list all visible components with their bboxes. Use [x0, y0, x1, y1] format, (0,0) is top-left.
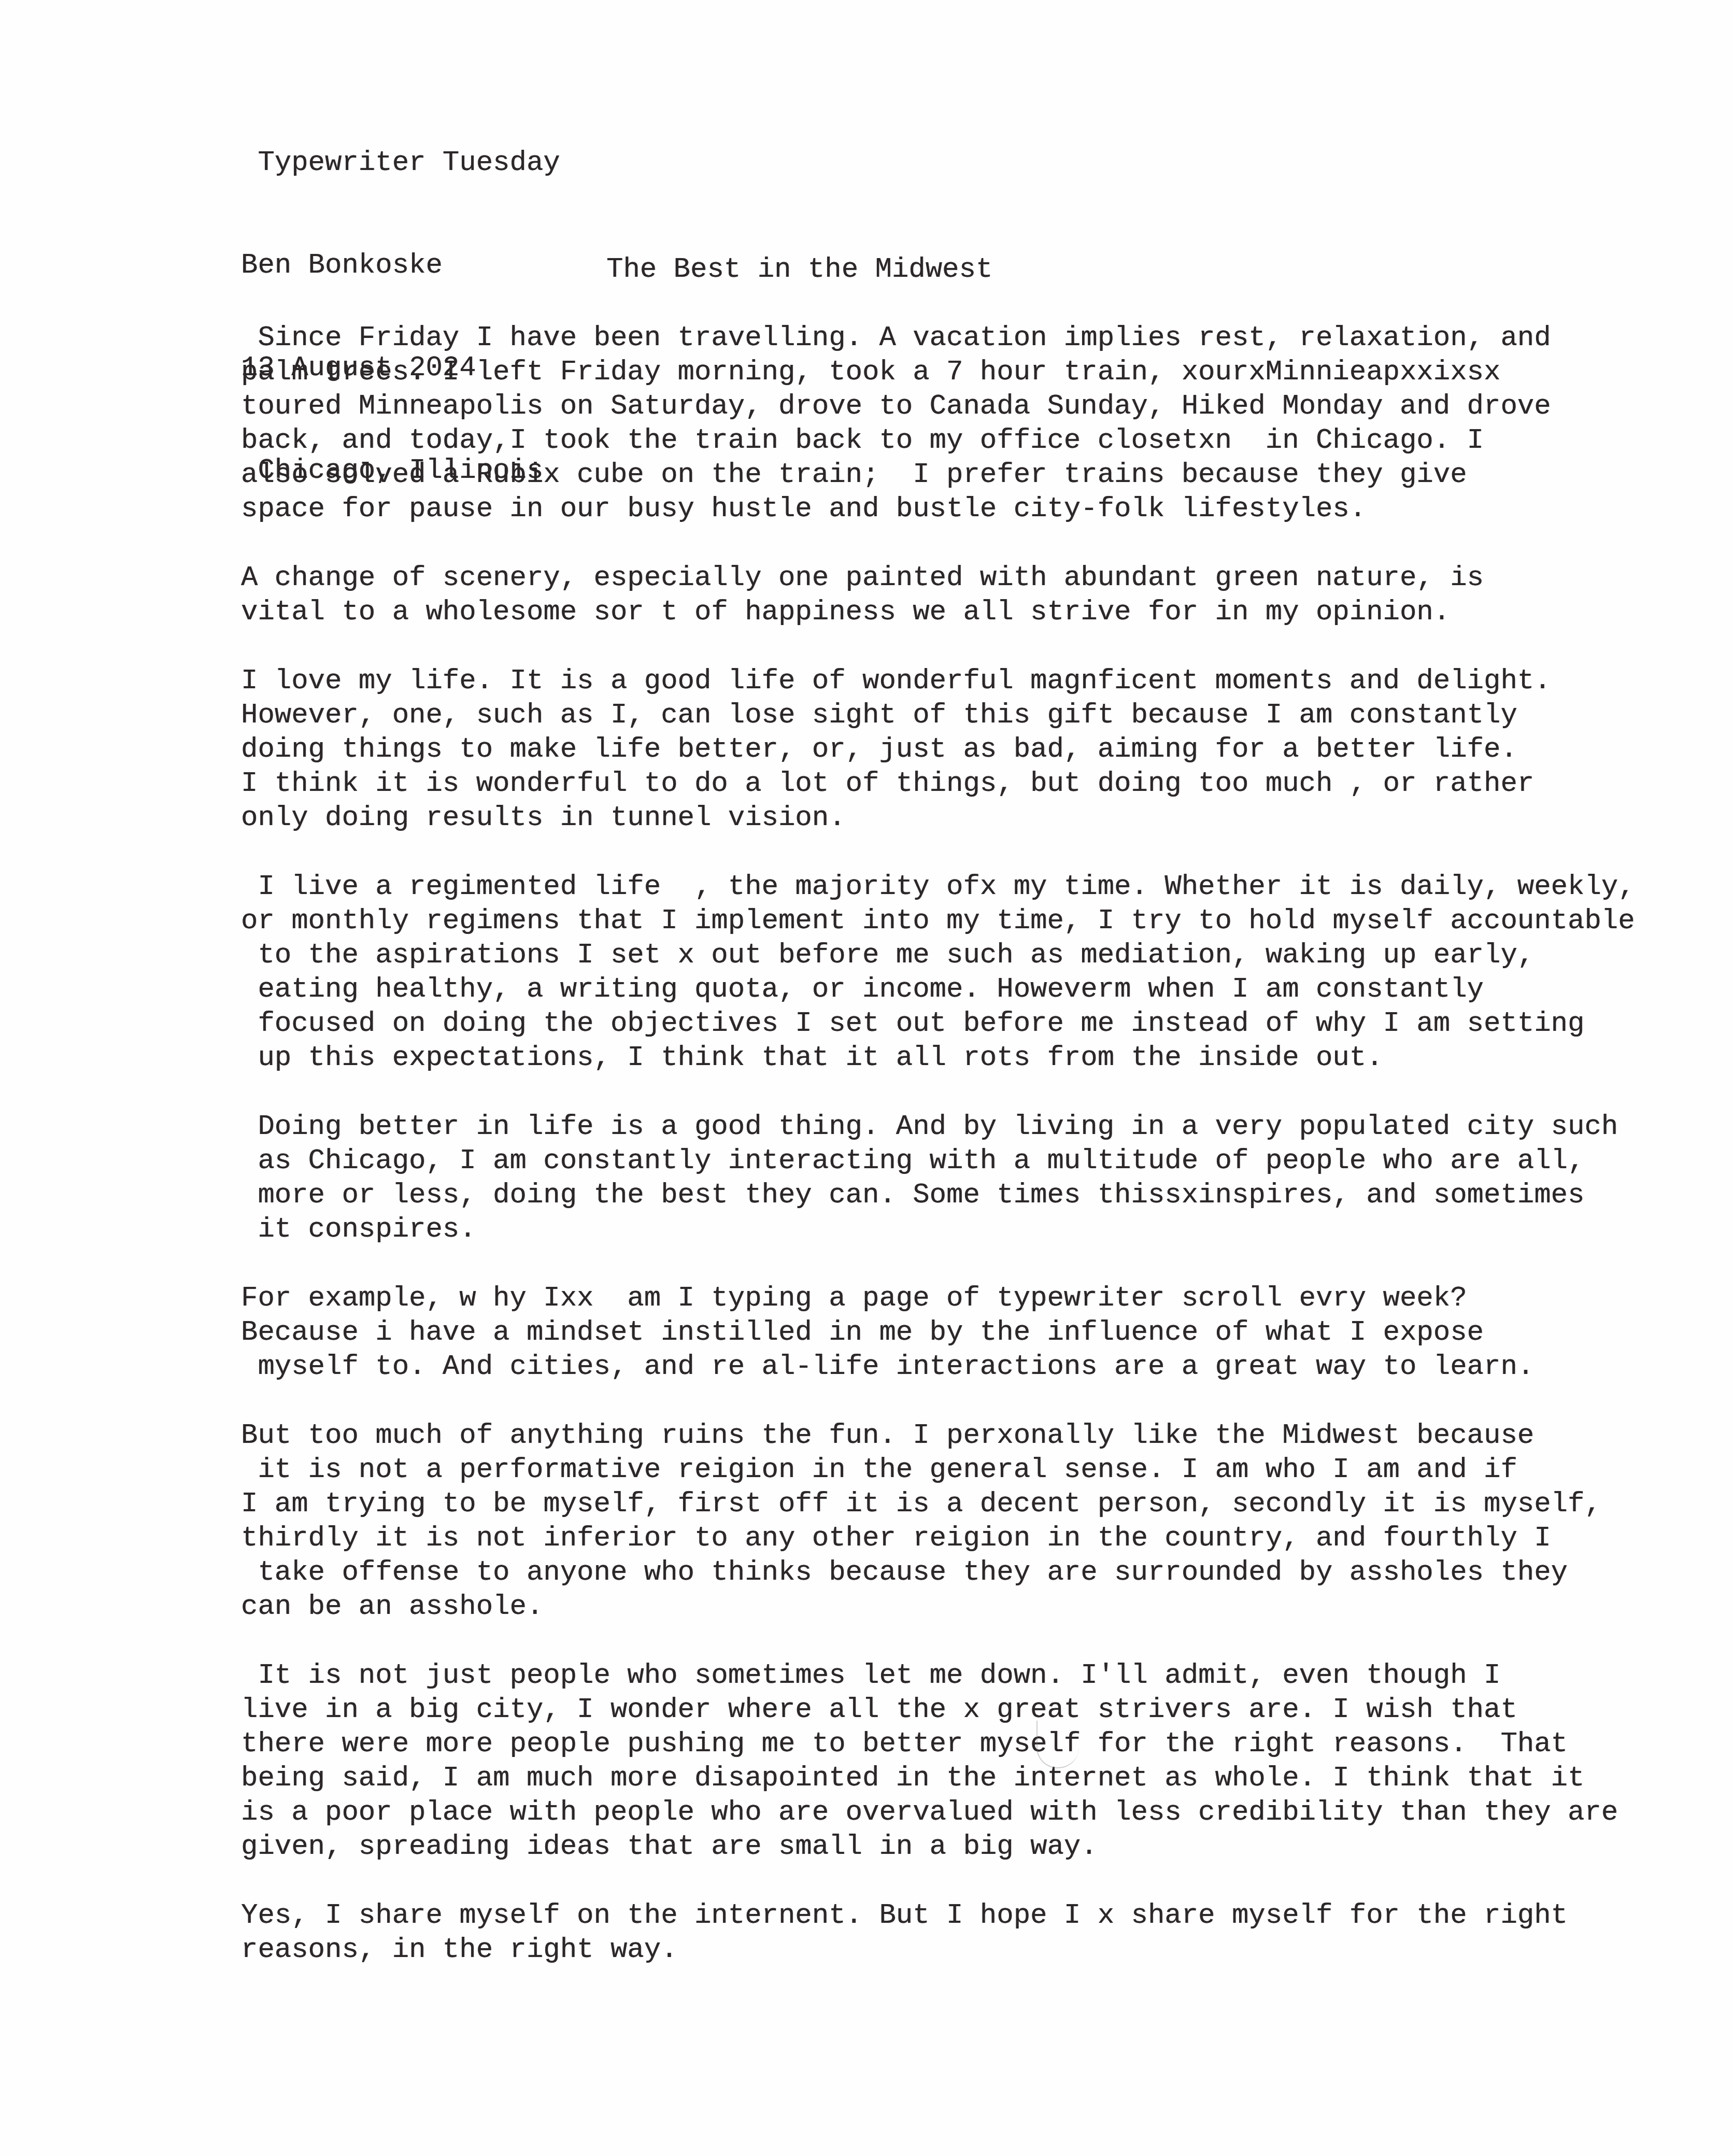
text-line: can be an asshole. [241, 1590, 1692, 1624]
text-line: space for pause in our busy hustle and b… [241, 492, 1692, 527]
text-line: Yes, I share myself on the internent. Bu… [241, 1899, 1692, 1933]
paragraph: A change of scenery, especially one pain… [241, 561, 1692, 630]
text-line: also solved a Rubix cube on the train; I… [241, 458, 1692, 492]
text-line: focused on doing the objectives I set ou… [241, 1007, 1692, 1041]
text-line: I live a regimented life , the majority … [241, 870, 1692, 904]
text-line: myself to. And cities, and re al-life in… [241, 1350, 1692, 1384]
text-line: A change of scenery, especially one pain… [241, 561, 1692, 595]
text-line: toured Minneapolis on Saturday, drove to… [241, 390, 1692, 424]
text-line: But too much of anything ruins the fun. … [241, 1419, 1692, 1453]
text-line: more or less, doing the best they can. S… [241, 1179, 1692, 1213]
text-line: is a poor place with people who are over… [241, 1796, 1692, 1830]
paragraph: I love my life. It is a good life of won… [241, 664, 1692, 835]
text-line: doing things to make life better, or, ju… [241, 733, 1692, 767]
text-line: being said, I am much more disapointed i… [241, 1762, 1692, 1796]
page-title: The Best in the Midwest [606, 253, 992, 287]
paragraph: It is not just people who sometimes let … [241, 1659, 1692, 1864]
paragraph: But too much of anything ruins the fun. … [241, 1419, 1692, 1624]
header-author: Ben Bonkoske [241, 249, 560, 283]
text-line: live in a big city, I wonder where all t… [241, 1693, 1692, 1727]
pencil-mark [1036, 1721, 1079, 1768]
text-line: It is not just people who sometimes let … [241, 1659, 1692, 1693]
text-line: I think it is wonderful to do a lot of t… [241, 767, 1692, 801]
paragraph: Doing better in life is a good thing. An… [241, 1110, 1692, 1247]
text-line: I love my life. It is a good life of won… [241, 664, 1692, 699]
paragraph: For example, w hy Ixx am I typing a page… [241, 1282, 1692, 1384]
text-line: However, one, such as I, can lose sight … [241, 699, 1692, 733]
text-line: Doing better in life is a good thing. An… [241, 1110, 1692, 1144]
text-line: up this expectations, I think that it al… [241, 1041, 1692, 1075]
paragraph: Yes, I share myself on the internent. Bu… [241, 1899, 1692, 1967]
text-line: only doing results in tunnel vision. [241, 801, 1692, 835]
text-line: I am trying to be myself, first off it i… [241, 1487, 1692, 1522]
text-line: back, and today,I took the train back to… [241, 424, 1692, 458]
header-column-name: Typewriter Tuesday [241, 146, 560, 180]
text-line: take offense to anyone who thinks becaus… [241, 1556, 1692, 1590]
text-line: eating healthy, a writing quota, or inco… [241, 973, 1692, 1007]
paragraph: I live a regimented life , the majority … [241, 870, 1692, 1075]
text-line: there were more people pushing me to bet… [241, 1727, 1692, 1762]
text-line: For example, w hy Ixx am I typing a page… [241, 1282, 1692, 1316]
text-line: it conspires. [241, 1213, 1692, 1247]
text-line: or monthly regimens that I implement int… [241, 904, 1692, 939]
text-line: vital to a wholesome sor t of happiness … [241, 595, 1692, 630]
text-line: reasons, in the right way. [241, 1933, 1692, 1967]
paragraph: Since Friday I have been travelling. A v… [241, 321, 1692, 527]
text-line: thirdly it is not inferior to any other … [241, 1522, 1692, 1556]
text-line: given, spreading ideas that are small in… [241, 1830, 1692, 1864]
typewritten-page: Typewriter Tuesday Ben Bonkoske 13 Augus… [0, 0, 1733, 2156]
text-line: to the aspirations I set x out before me… [241, 939, 1692, 973]
text-line: it is not a performative reigion in the … [241, 1453, 1692, 1487]
text-line: Because i have a mindset instilled in me… [241, 1316, 1692, 1350]
text-line: Since Friday I have been travelling. A v… [241, 321, 1692, 356]
text-line: palm trees. I left Friday morning, took … [241, 356, 1692, 390]
essay-body: Since Friday I have been travelling. A v… [241, 321, 1692, 2002]
text-line: as Chicago, I am constantly interacting … [241, 1144, 1692, 1179]
